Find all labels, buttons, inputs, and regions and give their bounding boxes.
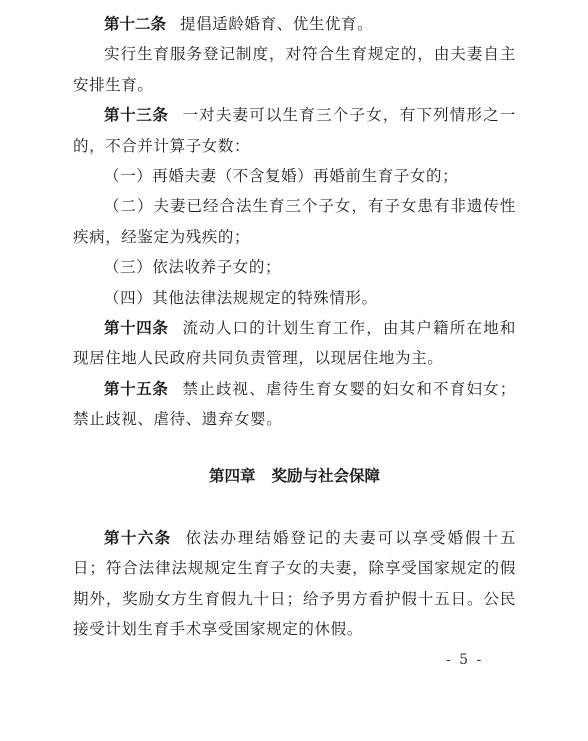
article-label: 第十四条 (104, 319, 168, 337)
document-page: 第十二条提倡适龄婚育、优生优育。 实行生育服务登记制度，对符合生育规定的，由夫妻… (73, 9, 516, 644)
page-number: - 5 - (446, 652, 483, 668)
article-13-item-4: （四）其他法律法规规定的特殊情形。 (73, 283, 516, 313)
article-label: 第十六条 (104, 529, 171, 547)
article-label: 第十三条 (104, 106, 168, 124)
article-15-paragraph: 第十五条禁止歧视、虐待生育女婴的妇女和不育妇女；禁止歧视、虐待、遗弃女婴。 (73, 374, 516, 435)
chapter-number: 第四章 (209, 467, 256, 485)
article-16-paragraph: 第十六条依法办理结婚登记的夫妻可以享受婚假十五日；符合法律法规规定生育子女的夫妻… (73, 523, 516, 645)
chapter-title: 奖励与社会保障 (272, 467, 381, 485)
chapter-heading: 第四章奖励与社会保障 (73, 461, 516, 491)
article-13-paragraph: 第十三条一对夫妻可以生育三个子女，有下列情形之一的，不合并计算子女数： (73, 100, 516, 161)
article-label: 第十五条 (104, 380, 168, 398)
article-14-paragraph: 第十四条流动人口的计划生育工作，由其户籍所在地和现居住地人民政府共同负责管理，以… (73, 313, 516, 374)
article-text: 提倡适龄婚育、优生优育。 (180, 15, 373, 33)
article-13-item-3: （三）依法收养子女的； (73, 252, 516, 282)
article-13-item-1: （一）再婚夫妻（不含复婚）再婚前生育子女的； (73, 161, 516, 191)
article-label: 第十二条 (104, 15, 166, 33)
article-12-paragraph: 第十二条提倡适龄婚育、优生优育。 (73, 9, 516, 39)
article-12-paragraph-2: 实行生育服务登记制度，对符合生育规定的，由夫妻自主安排生育。 (73, 39, 516, 100)
article-13-item-2: （二）夫妻已经合法生育三个子女，有子女患有非遗传性疾病，经鉴定为残疾的； (73, 191, 516, 252)
